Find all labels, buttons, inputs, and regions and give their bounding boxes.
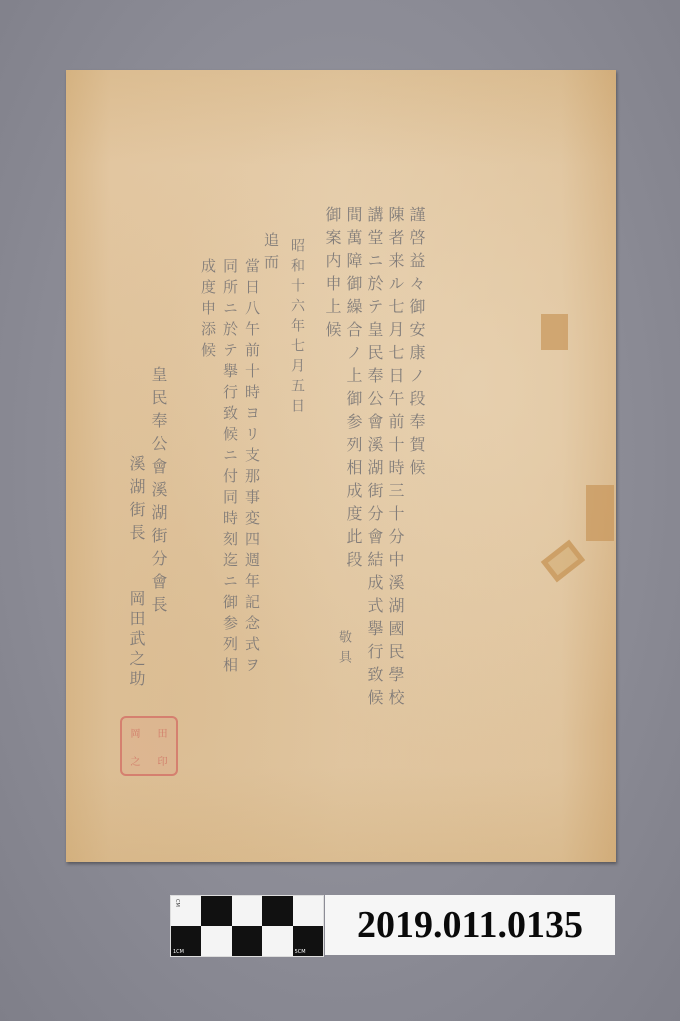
signature-organization: 皇民奉公會溪湖街分會長 [150, 366, 166, 619]
seal-glyph: 田 [158, 725, 168, 740]
postscript-column-3: 成度申添候 [200, 258, 215, 363]
scale-square-black: 1CM [171, 926, 201, 956]
body-column-5: 御案内申上候 [324, 206, 340, 344]
scale-square-black: 5CM [293, 926, 323, 956]
scale-right-label: 5CM [295, 949, 306, 955]
postscript-column-1: 當日八午前十時ヨリ支那事変四週年記念式ヲ [244, 258, 259, 678]
scale-top-label: CM [174, 899, 180, 907]
scale-square-white [201, 926, 231, 956]
closing-keigu: 敬具 [337, 630, 350, 670]
body-column-4: 間萬障御繰合ノ上御参列相成度此段 [345, 206, 361, 574]
signature-title: 溪湖街長 [128, 455, 144, 547]
scale-square-black [232, 926, 262, 956]
scale-square-white [232, 896, 262, 926]
seal-glyph: 岡 [131, 725, 141, 740]
scale-square-black [201, 896, 231, 926]
scale-square-black [262, 896, 292, 926]
letter-date: 昭和十六年七月五日 [290, 238, 304, 418]
color-scale-bar: CM 1CM 5CM [170, 895, 324, 957]
tape-residue [586, 485, 614, 541]
seal-glyph: 印 [158, 753, 168, 768]
postscript-heading: 追而 [263, 232, 278, 276]
body-column-2: 陳者来ル七月七日午前十時三十分中溪湖國民學校 [387, 206, 403, 712]
body-column-3: 講堂ニ於テ皇民奉公會溪湖街分會結成式擧行致候 [366, 206, 382, 712]
postscript-column-2: 同所ニ於テ擧行致候ニ付同時刻迄ニ御参列相 [222, 258, 237, 678]
body-column-1: 謹啓益々御安康ノ段奉賀候 [408, 206, 424, 482]
seal-glyph: 之 [131, 753, 141, 768]
scale-left-label: 1CM [173, 949, 184, 955]
signature-name: 岡田武之助 [128, 590, 144, 690]
red-seal-stamp: 岡 田 之 印 [120, 716, 178, 776]
accession-number-label: 2019.011.0135 [325, 895, 615, 955]
scale-square-white [293, 896, 323, 926]
scale-square-white: CM [171, 896, 201, 926]
tape-residue [541, 314, 568, 350]
scale-square-white [262, 926, 292, 956]
